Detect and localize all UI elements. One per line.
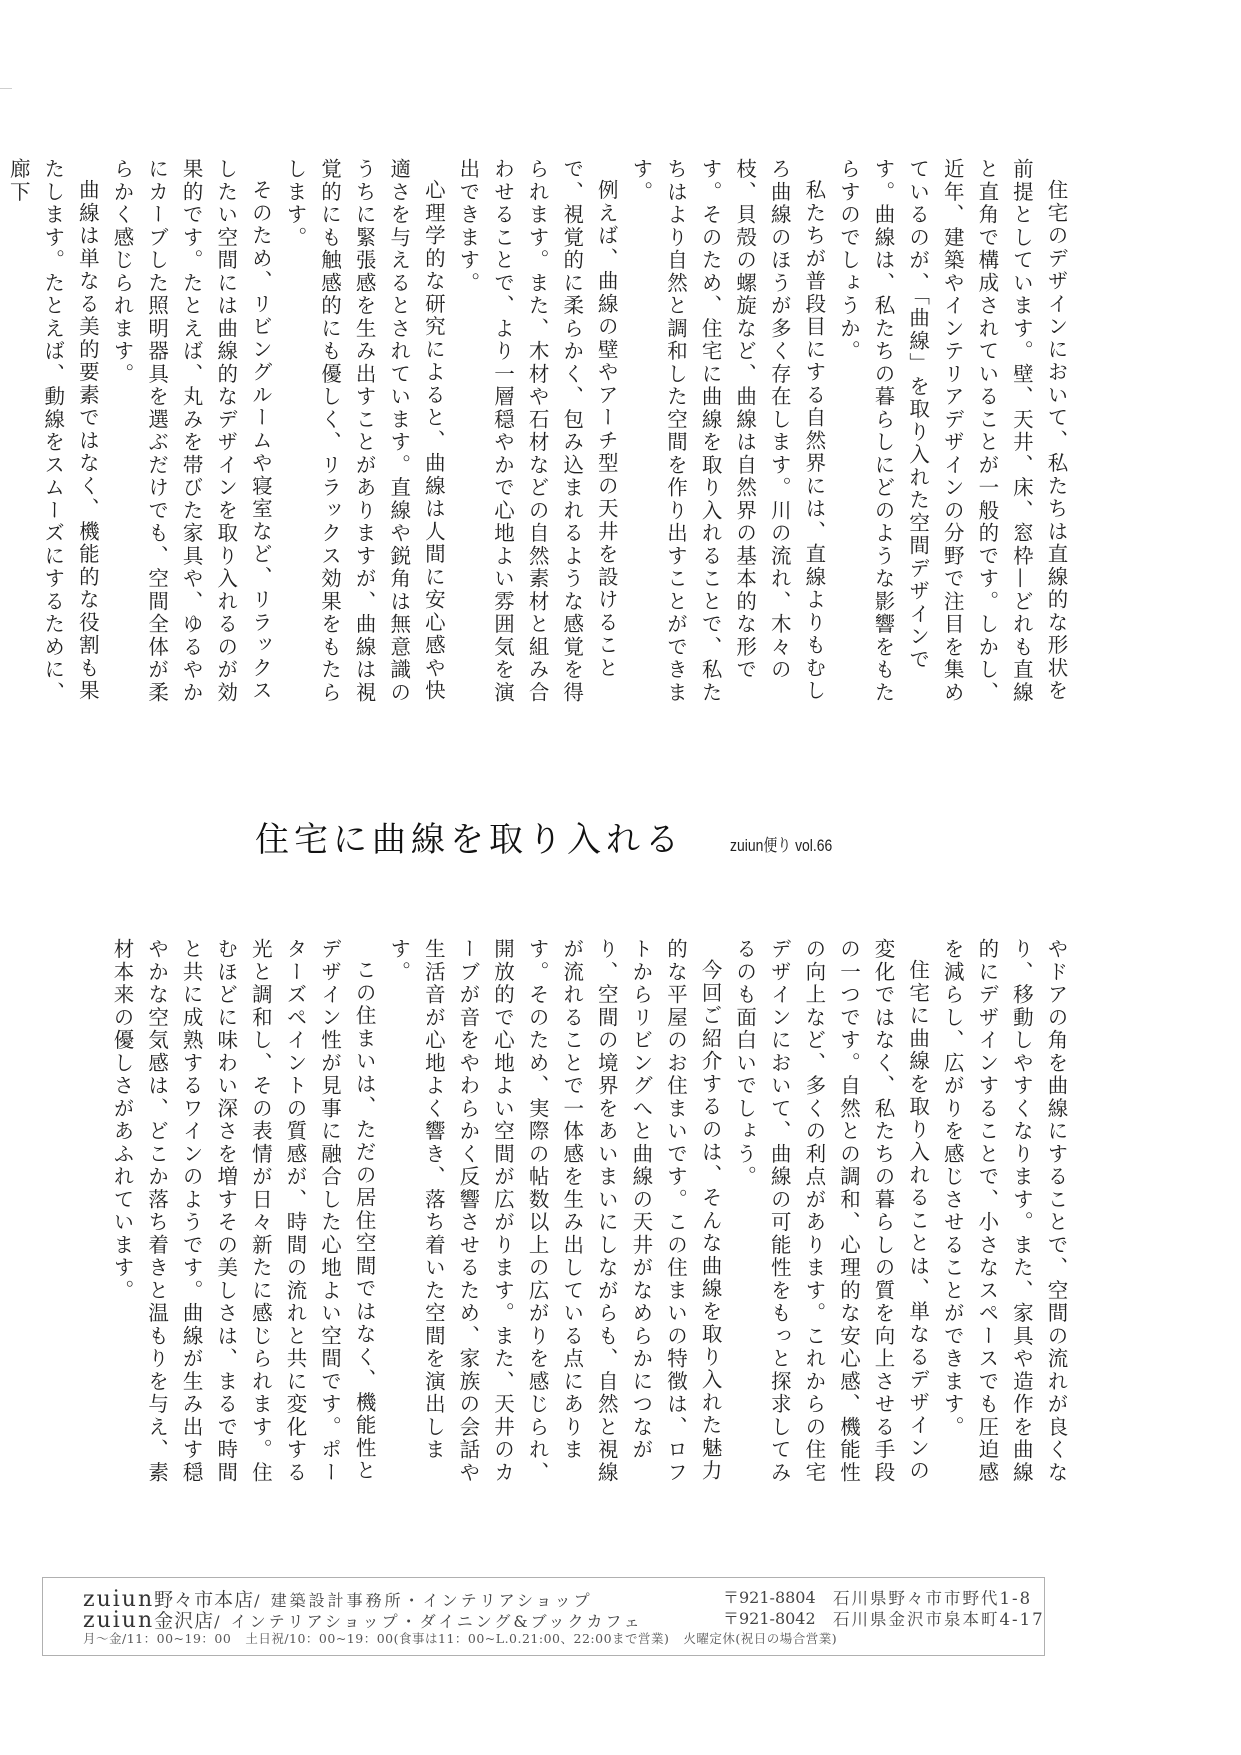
business-hours: 月～金/11：00~19：00 土日祝/10：00~19：00(食事は11：00… bbox=[83, 1629, 1044, 1650]
paragraph: 私たちが普段目にする自然界には、直線よりもむしろ曲線のほうが多く存在します。川の… bbox=[623, 158, 831, 708]
shop-brand: zuiun bbox=[83, 1608, 154, 1633]
article-title: 住宅に曲線を取り入れる bbox=[255, 812, 684, 861]
paragraph: 心理学的な研究によると、曲線は人間に安心感や快適さを与えるとされています。直線や… bbox=[277, 158, 450, 708]
paragraph: 例えば、曲線の壁やアーチ型の天井を設けることで、視覚的に柔らかく、包み込まれるよ… bbox=[450, 158, 623, 708]
paragraph: この住まいは、ただの居住空間ではなく、機能性とデザイン性が見事に融合した心地よい… bbox=[104, 938, 381, 1488]
shop-name: 金沢店 bbox=[154, 1606, 214, 1633]
postal-code: 〒921-8042 bbox=[723, 1606, 816, 1629]
shop-row-nonoichi: zuiun 野々市本店 / 建築設計事務所・インテリアショップ 〒921-880… bbox=[83, 1585, 1044, 1606]
shop-row-kanazawa: zuiun 金沢店 / インテリアショップ・ダイニング&ブックカフェ 〒921-… bbox=[83, 1606, 1044, 1627]
paragraph: 住宅のデザインにおいて、私たちは直線的な形状を前提としています。壁、天井、床、窓… bbox=[831, 158, 1073, 708]
article-header: 住宅に曲線を取り入れる zuiun便り vol.66 bbox=[255, 812, 855, 861]
margin-mark bbox=[0, 88, 12, 89]
shop-description: / インテリアショップ・ダイニング&ブックカフェ bbox=[214, 1609, 643, 1632]
article-body-top: 住宅のデザインにおいて、私たちは直線的な形状を前提としています。壁、天井、床、窓… bbox=[43, 158, 1073, 708]
paragraph: そのため、リビングルームや寝室など、リラックスしたい空間には曲線的なデザインを取… bbox=[104, 158, 277, 708]
shop-info-box: zuiun 野々市本店 / 建築設計事務所・インテリアショップ 〒921-880… bbox=[42, 1577, 1045, 1656]
paragraph: やドアの角を曲線にすることで、空間の流れが良くなり、移動しやすくなります。また、… bbox=[935, 938, 1073, 1488]
paragraph: 今回ご紹介するのは、そんな曲線を取り入れた魅力的な平屋のお住まいです。この住まい… bbox=[381, 938, 727, 1488]
series-label: zuiun便り vol.66 bbox=[730, 831, 832, 856]
paragraph: 住宅に曲線を取り入れることは、単なるデザインの変化ではなく、私たちの暮らしの質を… bbox=[727, 938, 935, 1488]
article-body-bottom: やドアの角を曲線にすることで、空間の流れが良くなり、移動しやすくなります。また、… bbox=[43, 938, 1073, 1488]
postal-code: 〒921-8804 bbox=[723, 1585, 816, 1608]
shop-address: 石川県金沢市泉本町4-17 bbox=[833, 1606, 1045, 1630]
closed-day: 火曜定休(祝日の場合営業) bbox=[683, 1629, 837, 1647]
paragraph: 曲線は単なる美的要素ではなく、機能的な役割も果たします。たとえば、動線をスムーズ… bbox=[1, 158, 105, 708]
